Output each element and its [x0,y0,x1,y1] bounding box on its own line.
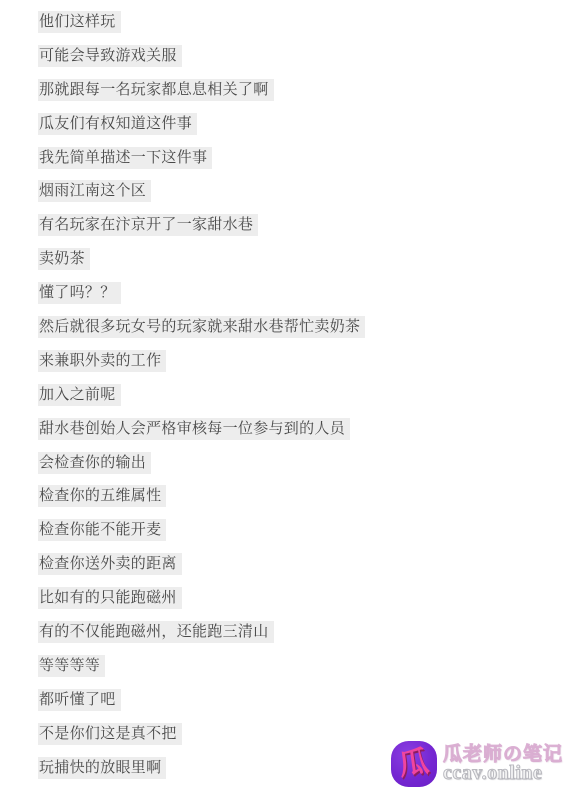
text-line-content: 都听懂了吧 [38,689,121,711]
text-line-content: 来兼职外卖的工作 [38,350,166,372]
text-line: 甜水巷创始人会严格审核每一位参与到的人员 [38,412,583,446]
text-line-content: 可能会导致游戏关服 [38,45,182,67]
text-line-content: 加入之前呢 [38,384,121,406]
text-line-content: 会检查你的输出 [38,452,151,474]
text-line: 我先简单描述一下这件事 [38,141,583,175]
text-line-content: 检查你送外卖的距离 [38,553,182,575]
text-line-content: 不是你们这是真不把 [38,723,182,745]
watermark-url: ccav.online [443,763,563,783]
text-line-content: 有名玩家在汴京开了一家甜水巷 [38,214,258,236]
text-line: 检查你的五维属性 [38,479,583,513]
text-line: 烟雨江南这个区 [38,174,583,208]
text-line-content: 玩捕快的放眼里啊 [38,757,166,779]
text-line: 然后就很多玩女号的玩家就来甜水巷帮忙卖奶茶 [38,310,583,344]
text-line-content: 那就跟每一名玩家都息息相关了啊 [38,79,274,101]
article-body: 他们这样玩 可能会导致游戏关服 那就跟每一名玩家都息息相关了啊 瓜友们有权知道这… [38,5,583,784]
text-line: 会检查你的输出 [38,446,583,480]
text-line: 有的不仅能跑磁州，还能跑三清山 [38,615,583,649]
text-line-content: 烟雨江南这个区 [38,180,151,202]
watermark-text-block: 瓜老师の笔记 ccav.online [443,745,563,783]
text-line: 都听懂了吧 [38,683,583,717]
text-line: 瓜友们有权知道这件事 [38,107,583,141]
text-line-content: 比如有的只能跑磁州 [38,587,182,609]
text-line-content: 然后就很多玩女号的玩家就来甜水巷帮忙卖奶茶 [38,316,365,338]
text-line-content: 瓜友们有权知道这件事 [38,113,197,135]
watermark: 瓜 瓜老师の笔记 ccav.online [391,741,563,787]
text-line: 卖奶茶 [38,242,583,276]
text-line: 可能会导致游戏关服 [38,39,583,73]
text-line-content: 等等等等 [38,655,105,677]
text-line: 比如有的只能跑磁州 [38,581,583,615]
watermark-logo-badge: 瓜 [391,741,437,787]
text-line: 那就跟每一名玩家都息息相关了啊 [38,73,583,107]
text-line-content: 有的不仅能跑磁州，还能跑三清山 [38,621,274,643]
text-line: 等等等等 [38,649,583,683]
text-line: 来兼职外卖的工作 [38,344,583,378]
text-line: 有名玩家在汴京开了一家甜水巷 [38,208,583,242]
text-line-content: 甜水巷创始人会严格审核每一位参与到的人员 [38,418,350,440]
text-line-content: 他们这样玩 [38,11,121,33]
text-line-content: 懂了吗？？ [38,282,121,304]
text-line: 懂了吗？？ [38,276,583,310]
melon-logo-icon: 瓜 [397,747,431,781]
text-line-content: 检查你的五维属性 [38,485,166,507]
text-line: 检查你能不能开麦 [38,513,583,547]
text-line-content: 检查你能不能开麦 [38,519,166,541]
text-line: 检查你送外卖的距离 [38,547,583,581]
text-line: 他们这样玩 [38,5,583,39]
text-line: 加入之前呢 [38,378,583,412]
text-line-content: 我先简单描述一下这件事 [38,147,212,169]
text-line-content: 卖奶茶 [38,248,90,270]
